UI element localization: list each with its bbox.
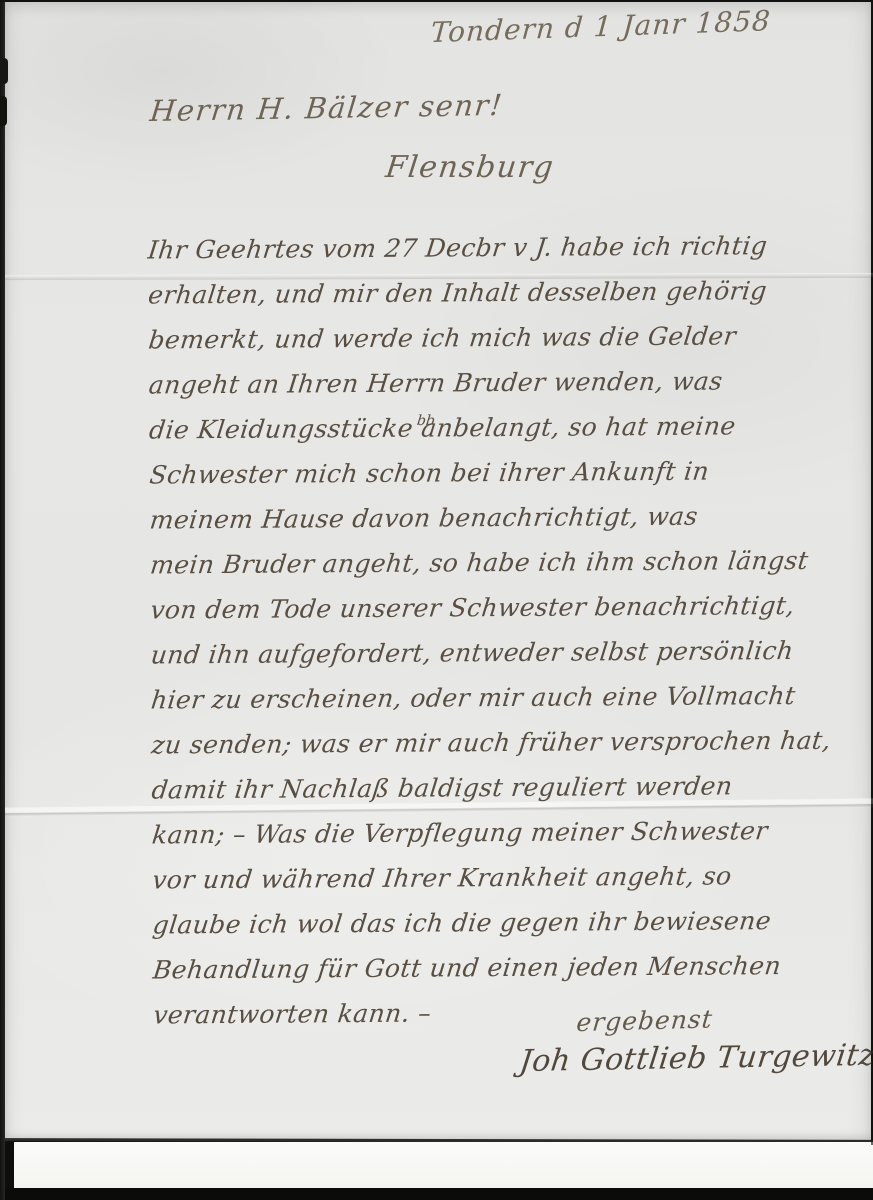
letter-line: meinem Hause davon benachrichtigt, was <box>147 492 872 542</box>
letter-line: erhalten, und mir den Inhalt desselben g… <box>146 267 871 317</box>
scan-edge-blob <box>0 96 7 126</box>
scan-left-edge <box>0 0 5 1200</box>
letter-line: hier zu erscheinen, oder mir auch eine V… <box>149 672 873 722</box>
insertion-mark: bb <box>416 413 436 429</box>
letter-body: Ihr Geehrtes vom 27 Decbr v J. habe ich … <box>145 222 871 1037</box>
scan-bottom-band <box>0 1188 873 1200</box>
letter-line: angeht an Ihren Herrn Bruder wenden, was <box>146 357 871 407</box>
letter-line: Schwester mich schon bei ihrer Ankunft i… <box>147 447 872 497</box>
recipient-city: Flensburg <box>384 150 557 185</box>
under-sheet <box>14 1142 873 1188</box>
letter-line: Ihr Geehrtes vom 27 Decbr v J. habe ich … <box>145 222 870 272</box>
letter-line: und ihn aufgefordert, entweder selbst pe… <box>148 627 873 677</box>
letter-line: vor und während Ihrer Krankheit angeht, … <box>150 852 873 902</box>
letter-line: mein Bruder angeht, so habe ich ihm scho… <box>148 537 873 587</box>
letter-line: Behandlung für Gott und einen jeden Mens… <box>151 942 873 992</box>
closing: ergebenst <box>575 1004 714 1037</box>
letter-scan: Tondern d 1 Janr 1858 Herrn H. Bälzer se… <box>0 0 873 1200</box>
letter-line: verantworten kann. – <box>151 987 873 1037</box>
letter-line: bemerkt, und werde ich mich was die Geld… <box>146 312 871 362</box>
scan-edge-blob <box>0 58 8 84</box>
letter-line: kann; – Was die Verpflegung meiner Schwe… <box>150 807 873 857</box>
letter-line: die Kleidungsstücke anbelangt, so hat me… <box>147 402 872 452</box>
signature: Joh Gottlieb Turgewitz <box>518 1038 873 1079</box>
recipient-name: Herrn H. Bälzer senr! <box>148 88 504 128</box>
scan-top-edge <box>0 0 873 2</box>
letter-line: glaube ich wol das ich die gegen ihr bew… <box>150 897 873 947</box>
letter-line: zu senden; was er mir auch früher verspr… <box>149 717 873 767</box>
letter-line: von dem Tode unserer Schwester benachric… <box>148 582 873 632</box>
letter-line: damit ihr Nachlaß baldigst reguliert wer… <box>149 762 873 812</box>
